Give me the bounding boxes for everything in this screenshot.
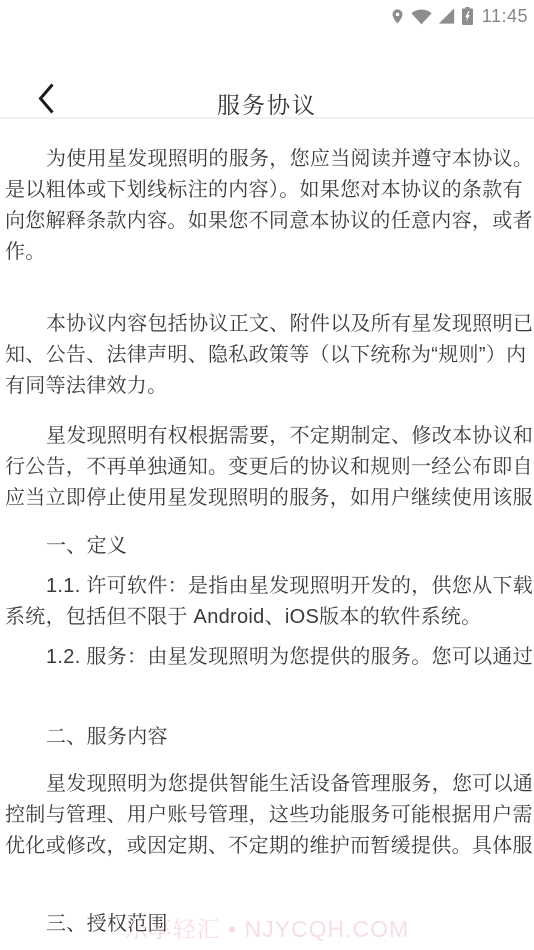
battery-charging-icon	[461, 6, 474, 26]
page-title: 服务协议	[0, 90, 534, 120]
text-line: 行公告，不再单独通知。变更后的协议和规则一经公布即自	[0, 452, 534, 483]
cellular-signal-icon	[437, 7, 456, 25]
text-line: 向您解释条款内容。如果您不同意本协议的任意内容，或者	[0, 206, 534, 237]
section-heading: 一、定义	[0, 531, 534, 562]
text-line: 1.2. 服务：由星发现照明为您提供的服务。您可以通过	[0, 642, 534, 673]
service-agreement-page: 11:45 服务协议 乐享轻汇 • NJYCQH.COM 为使用星发现照明的服务…	[0, 0, 534, 950]
paragraph: 为使用星发现照明的服务，您应当阅读并遵守本协议。 是以粗体或下划线标注的内容）。…	[0, 144, 534, 268]
text-line: 星发现照明有权根据需要，不定期制定、修改本协议和	[0, 421, 534, 452]
heading-line: 二、服务内容	[0, 722, 534, 753]
text-line: 系统，包括但不限于 Android、iOS版本的软件系统。	[0, 602, 534, 633]
header: 服务协议	[0, 32, 534, 117]
text-line: 知、公告、法律声明、隐私政策等（以下统称为“规则”）内	[0, 340, 534, 371]
text-line: 应当立即停止使用星发现照明的服务，如用户继续使用该服	[0, 483, 534, 514]
text-line: 是以粗体或下划线标注的内容）。如果您对本协议的条款有	[0, 175, 534, 206]
heading-line: 三、授权范围	[0, 909, 534, 940]
text-line: 作。	[0, 237, 534, 268]
paragraph: 本协议内容包括协议正文、附件以及所有星发现照明已 知、公告、法律声明、隐私政策等…	[0, 309, 534, 402]
status-bar: 11:45	[0, 0, 534, 32]
agreement-content[interactable]: 乐享轻汇 • NJYCQH.COM 为使用星发现照明的服务，您应当阅读并遵守本协…	[0, 118, 534, 950]
text-line: 为使用星发现照明的服务，您应当阅读并遵守本协议。	[0, 144, 534, 175]
section-heading: 二、服务内容	[0, 722, 534, 753]
paragraph: 星发现照明有权根据需要，不定期制定、修改本协议和 行公告，不再单独通知。变更后的…	[0, 421, 534, 514]
location-icon	[389, 7, 406, 26]
paragraph: 星发现照明为您提供智能生活设备管理服务，您可以通 控制与管理、用户账号管理，这些…	[0, 769, 534, 862]
status-time: 11:45	[482, 0, 528, 32]
text-line: 1.1. 许可软件：是指由星发现照明开发的，供您从下载	[0, 571, 534, 602]
paragraph: 1.2. 服务：由星发现照明为您提供的服务。您可以通过	[0, 642, 534, 673]
text-line: 优化或修改，或因定期、不定期的维护而暂缓提供。具体服	[0, 831, 534, 862]
section-heading: 三、授权范围	[0, 909, 534, 940]
heading-line: 一、定义	[0, 531, 534, 562]
text-line: 控制与管理、用户账号管理，这些功能服务可能根据用户需	[0, 800, 534, 831]
text-line: 本协议内容包括协议正文、附件以及所有星发现照明已	[0, 309, 534, 340]
wifi-icon	[411, 7, 432, 25]
text-line: 有同等法律效力。	[0, 371, 534, 402]
paragraph: 1.1. 许可软件：是指由星发现照明开发的，供您从下载 系统，包括但不限于 An…	[0, 571, 534, 633]
text-line: 星发现照明为您提供智能生活设备管理服务，您可以通	[0, 769, 534, 800]
